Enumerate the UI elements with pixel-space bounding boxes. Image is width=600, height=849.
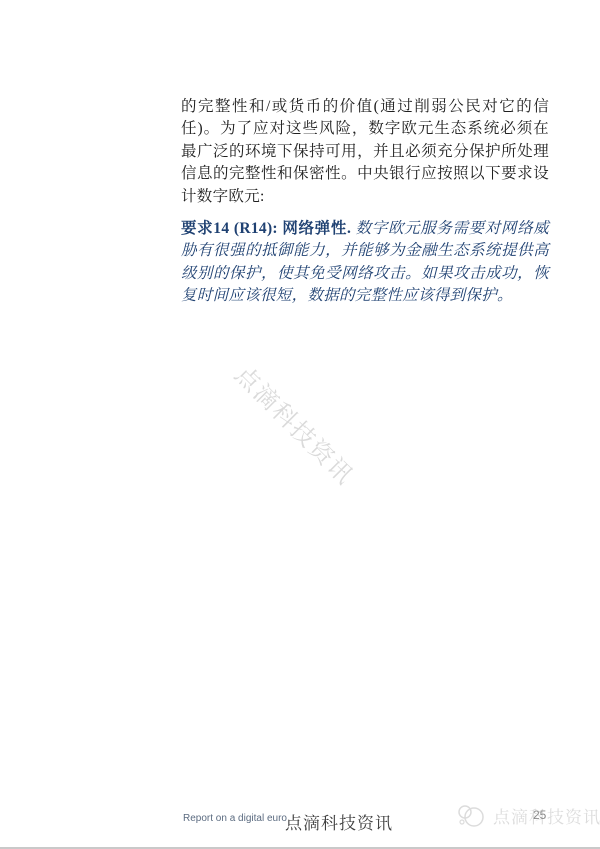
footer-watermark: 点滴科技资讯	[455, 802, 600, 828]
footer-brand-text: 点滴科技资讯	[279, 809, 399, 834]
page-number: 25	[533, 808, 546, 822]
footer-report-title: Report on a digital euro	[183, 813, 287, 824]
main-text-block: 的完整性和/或货币的价值(通过削弱公民对它的信任)。为了应对这些风险，数字欧元生…	[181, 96, 549, 318]
diagonal-watermark: 点滴科技资讯	[217, 341, 380, 504]
document-page: 的完整性和/或货币的价值(通过削弱公民对它的信任)。为了应对这些风险，数字欧元生…	[0, 0, 600, 849]
requirement-label: 要求14 (R14): 网络弹性.	[181, 220, 351, 237]
requirement-paragraph: 要求14 (R14): 网络弹性. 数字欧元服务需要对网络威胁有很强的抵御能力，…	[181, 218, 549, 308]
body-paragraph: 的完整性和/或货币的价值(通过削弱公民对它的信任)。为了应对这些风险，数字欧元生…	[181, 96, 549, 208]
droplets-logo-icon	[455, 802, 489, 828]
footer-watermark-text: 点滴科技资讯	[493, 803, 600, 828]
